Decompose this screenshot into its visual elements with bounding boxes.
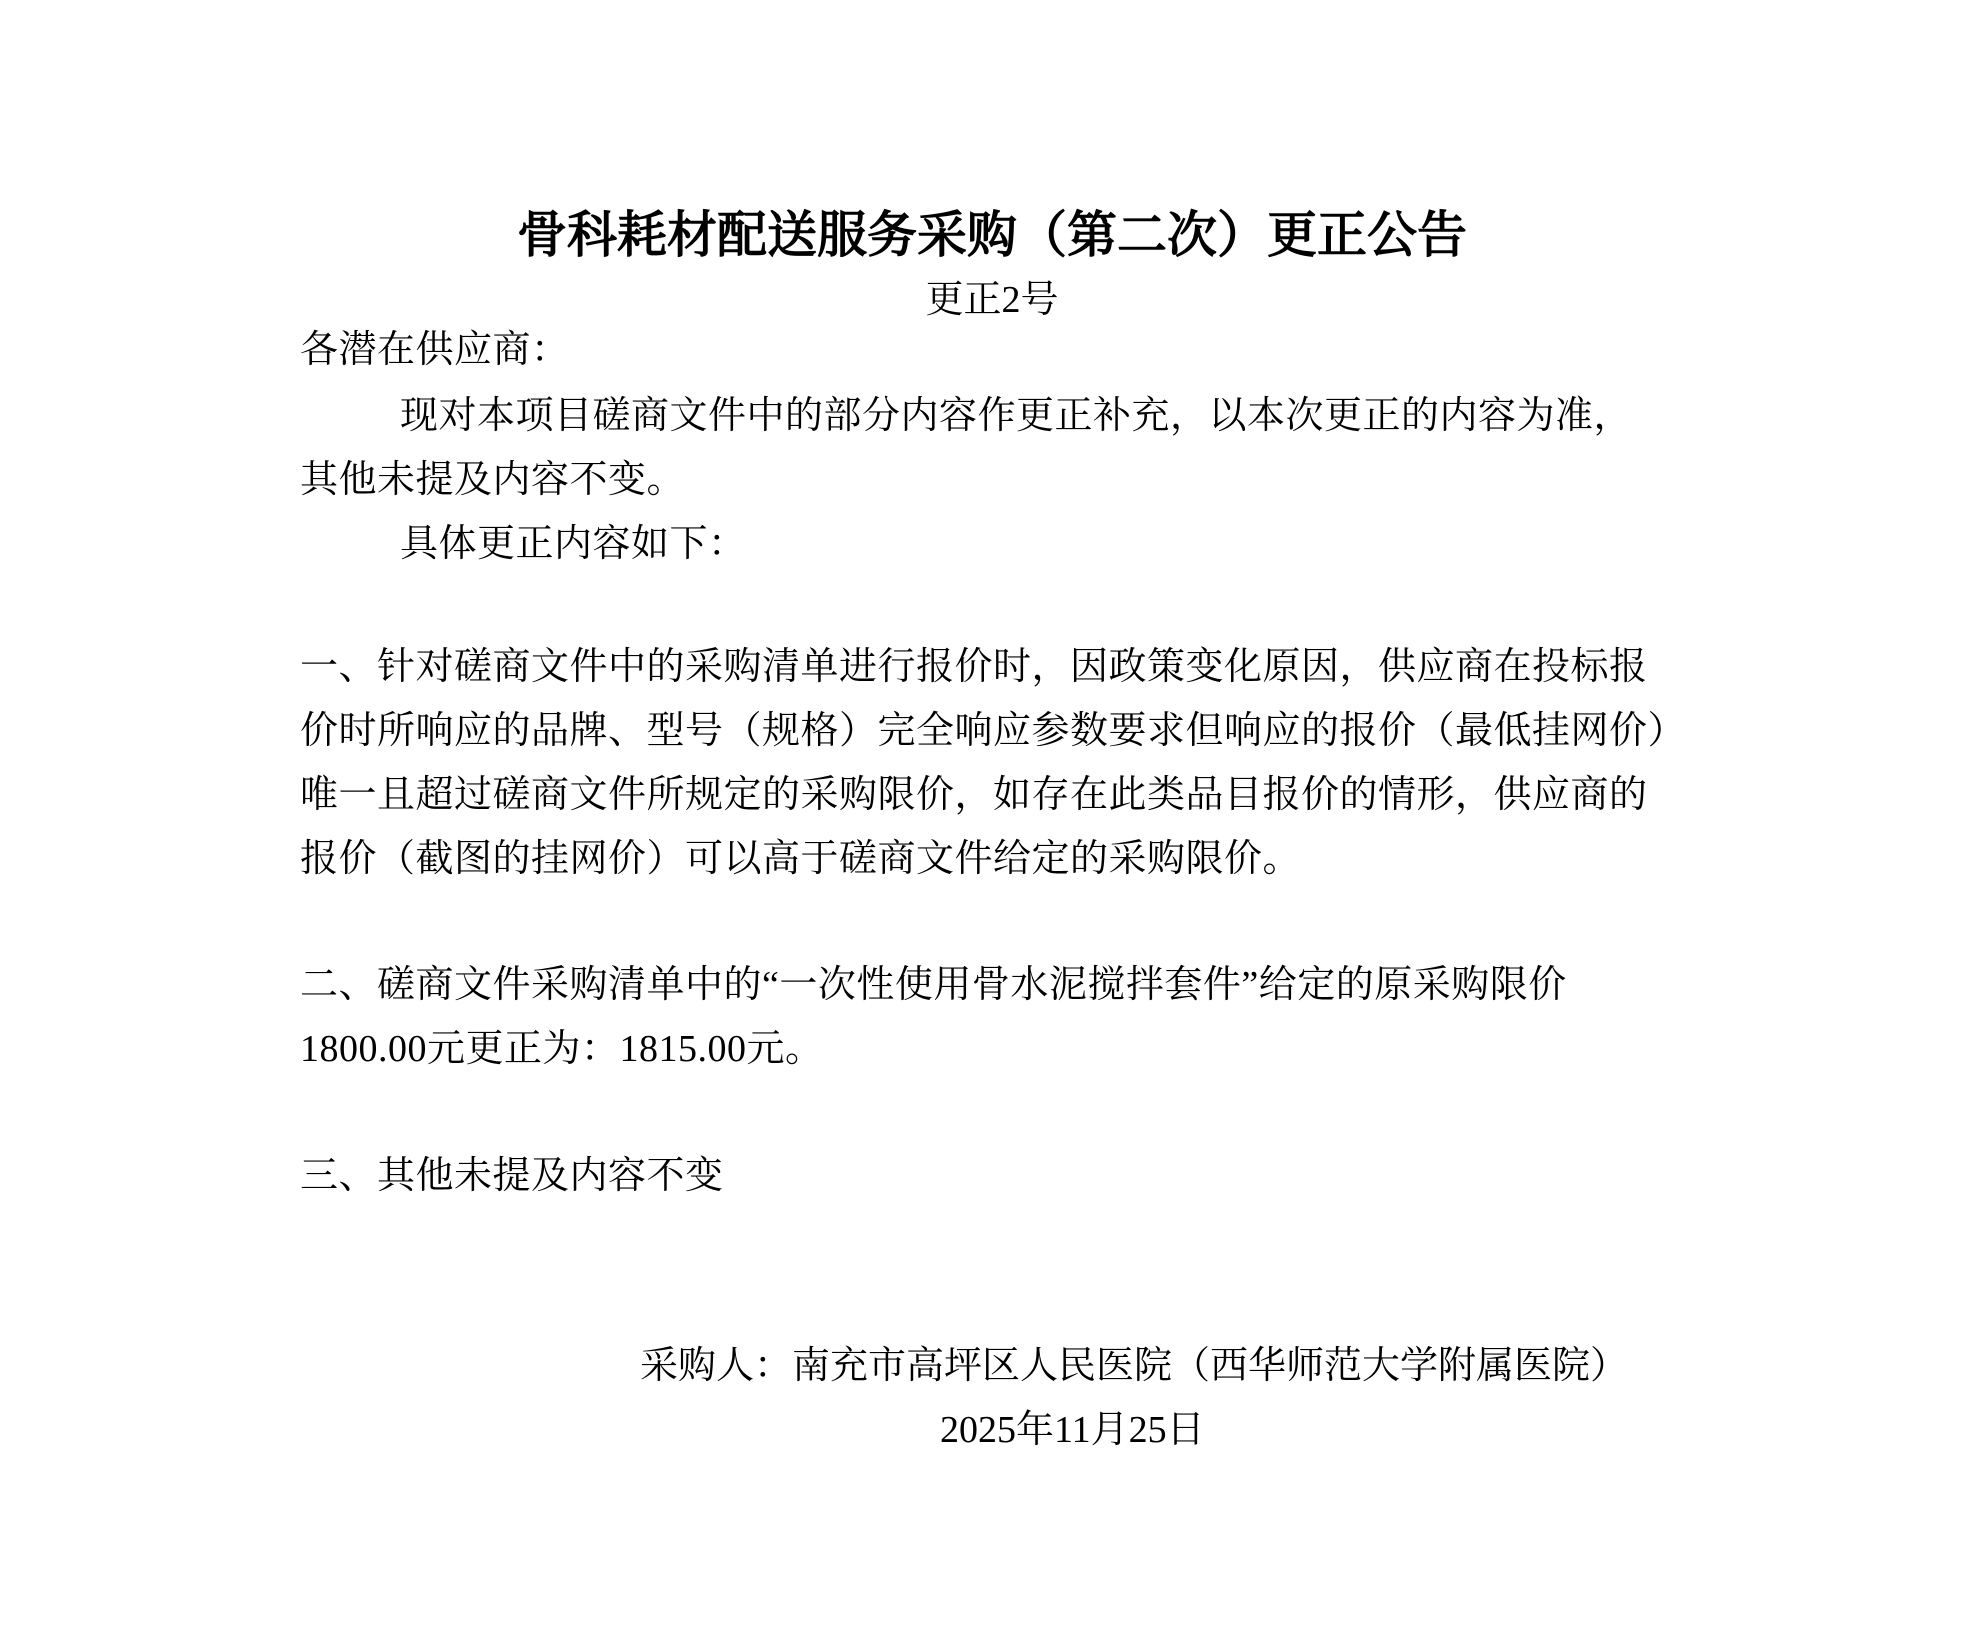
salutation: 各潜在供应商： bbox=[300, 326, 1700, 374]
item-line: 1800.00元更正为：1815.00元。 bbox=[300, 1025, 1700, 1073]
document-title: 骨科耗材配送服务采购（第二次）更正公告 bbox=[0, 195, 1984, 267]
item-line: 三、其他未提及内容不变 bbox=[300, 1152, 1700, 1200]
item-line: 唯一且超过磋商文件所规定的采购限价，如存在此类品目报价的情形，供应商的 bbox=[300, 771, 1700, 819]
intro-line-1: 现对本项目磋商文件中的部分内容作更正补充，以本次更正的内容为准， bbox=[400, 392, 1800, 440]
document-page: 骨科耗材配送服务采购（第二次）更正公告 更正2号 各潜在供应商： 现对本项目磋商… bbox=[0, 0, 1984, 1647]
document-subtitle: 更正2号 bbox=[0, 268, 1984, 323]
purchaser-signature: 采购人：南充市高坪区人民医院（西华师范大学附属医院） bbox=[640, 1342, 1700, 1390]
intro-details-heading: 具体更正内容如下： bbox=[400, 520, 1800, 568]
item-line: 报价（截图的挂网价）可以高于磋商文件给定的采购限价。 bbox=[300, 835, 1700, 883]
item-line: 二、磋商文件采购清单中的“一次性使用骨水泥搅拌套件”给定的原采购限价 bbox=[300, 961, 1700, 1009]
item-line: 一、针对磋商文件中的采购清单进行报价时，因政策变化原因，供应商在投标报 bbox=[300, 643, 1700, 691]
item-line: 价时所响应的品牌、型号（规格）完全响应参数要求但响应的报价（最低挂网价） bbox=[300, 707, 1700, 755]
intro-line-2: 其他未提及内容不变。 bbox=[300, 456, 1700, 504]
issue-date: 2025年11月25日 bbox=[940, 1406, 1205, 1454]
